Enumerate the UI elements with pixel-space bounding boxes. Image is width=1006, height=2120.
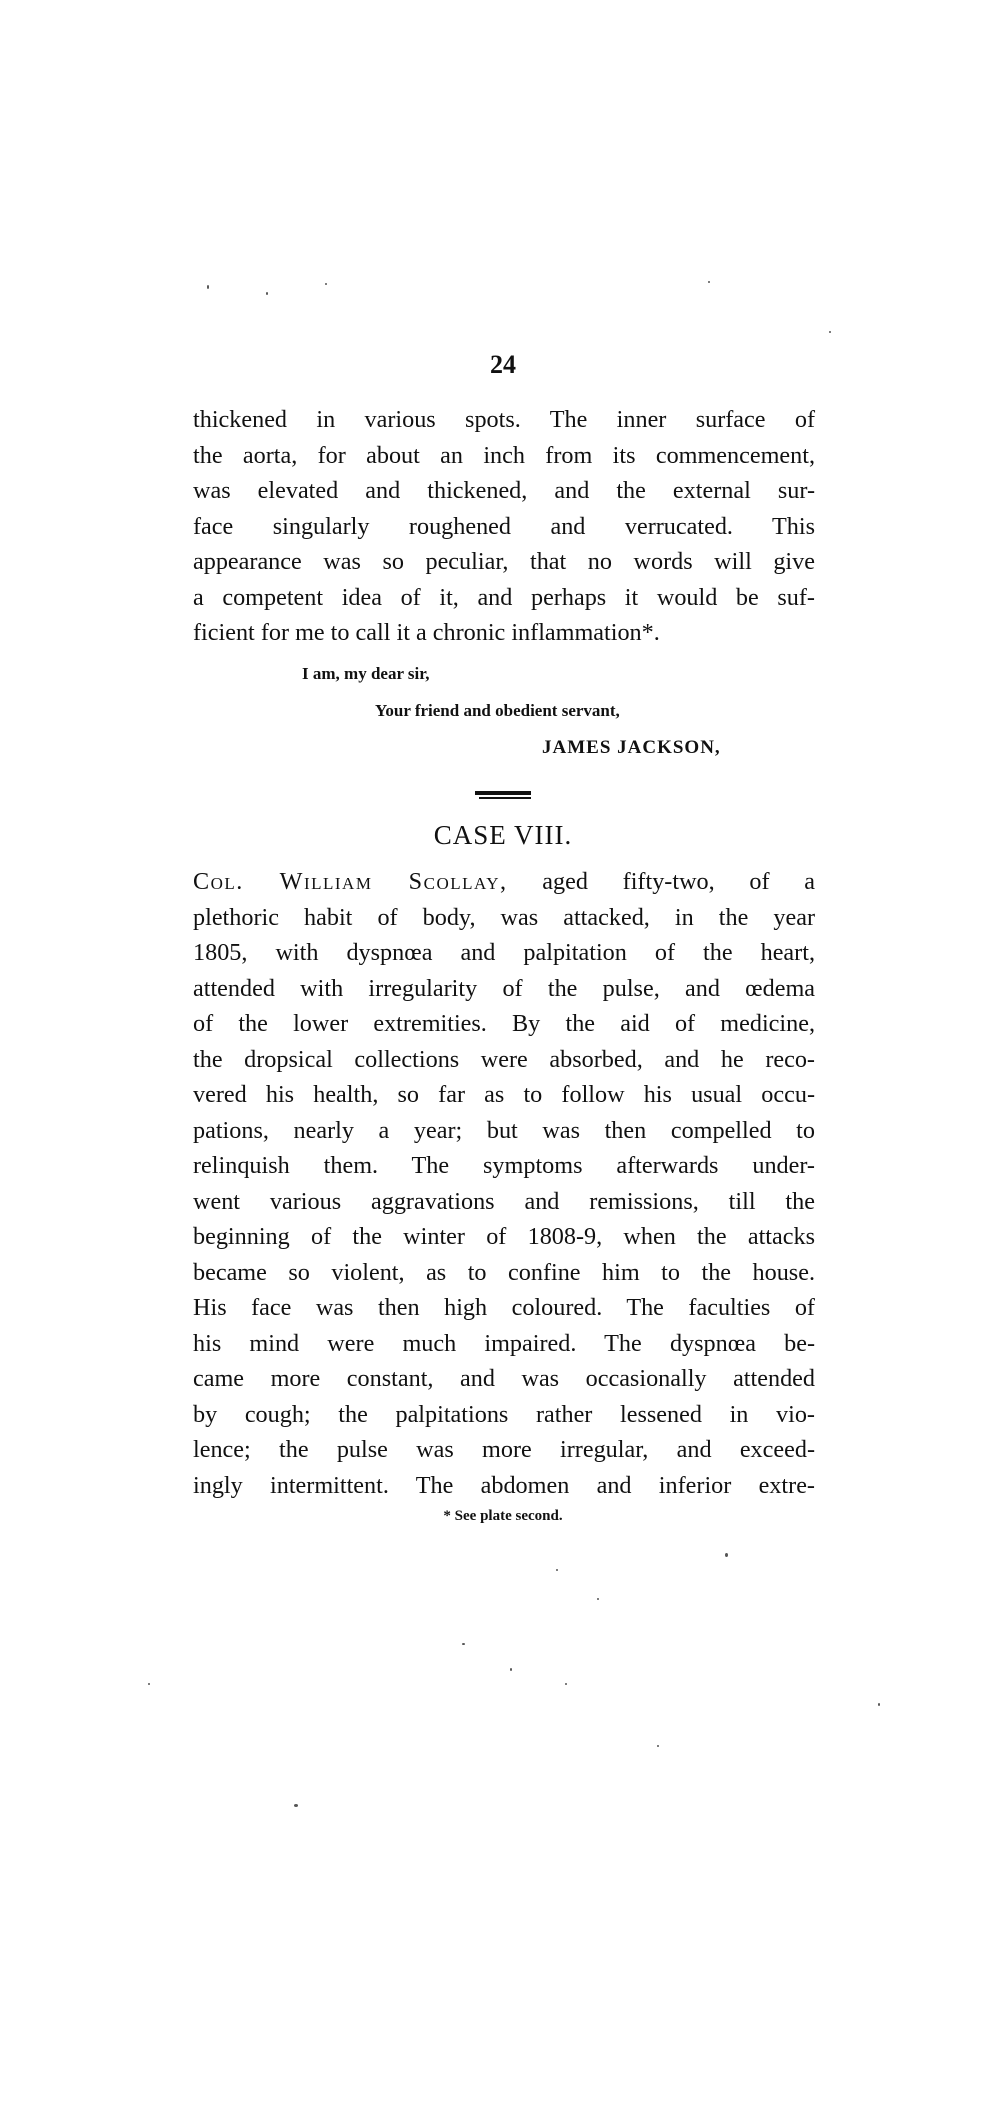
patient-name: Col. William Scollay,	[193, 868, 508, 895]
text-line: of the lower extremities. By the aid of …	[193, 1006, 815, 1042]
rule-thin-line	[479, 797, 531, 799]
page-number: 24	[0, 350, 1006, 380]
case-paragraph: Col. William Scollay, aged fifty-two, of…	[193, 864, 815, 1503]
letter-signature: JAMES JACKSON,	[542, 737, 721, 759]
scan-speck	[708, 281, 710, 283]
footnote: * See plate second.	[0, 1508, 1006, 1525]
scan-speck	[325, 283, 327, 285]
case-heading: CASE VIII.	[0, 820, 1006, 851]
text-line: pations, nearly a year; but was then com…	[193, 1113, 815, 1149]
text-line: beginning of the winter of 1808-9, when …	[193, 1219, 815, 1255]
text-line: lence; the pulse was more irregular, and…	[193, 1432, 815, 1468]
text-line: 1805, with dyspnœa and palpitation of th…	[193, 935, 815, 971]
letter-valediction: Your friend and obedient servant,	[375, 701, 620, 721]
scan-speck	[657, 1745, 659, 1747]
text-line: the aorta, for about an inch from its co…	[193, 438, 815, 474]
scan-speck	[148, 1683, 150, 1685]
scan-speck	[294, 1804, 298, 1807]
scan-speck	[462, 1643, 465, 1645]
scan-speck	[510, 1668, 512, 1671]
text-line-first: Col. William Scollay, aged fifty-two, of…	[193, 864, 815, 900]
text-fragment: aged fifty-two, of a	[508, 868, 815, 895]
text-line: ficient for me to call it a chronic infl…	[193, 615, 815, 651]
scan-speck	[207, 285, 209, 289]
text-line: relinquish them. The symptoms afterwards…	[193, 1148, 815, 1184]
scan-speck	[829, 331, 831, 333]
text-line: the dropsical collections were absorbed,…	[193, 1042, 815, 1078]
section-divider-rule	[475, 791, 531, 798]
text-line: appearance was so peculiar, that no word…	[193, 544, 815, 580]
letter-salutation: I am, my dear sir,	[302, 664, 430, 684]
text-line: His face was then high coloured. The fac…	[193, 1290, 815, 1326]
scan-speck	[878, 1703, 880, 1706]
text-line: came more constant, and was occasionally…	[193, 1361, 815, 1397]
text-line: by cough; the palpitations rather lessen…	[193, 1397, 815, 1433]
scan-speck	[266, 292, 268, 295]
text-line: a competent idea of it, and perhaps it w…	[193, 580, 815, 616]
scan-speck	[597, 1598, 599, 1600]
text-line: thickened in various spots. The inner su…	[193, 402, 815, 438]
text-line: went various aggravations and remissions…	[193, 1184, 815, 1220]
scan-speck	[556, 1569, 558, 1571]
text-line: vered his health, so far as to follow hi…	[193, 1077, 815, 1113]
text-line: became so violent, as to confine him to …	[193, 1255, 815, 1291]
text-line: ingly intermittent. The abdomen and infe…	[193, 1468, 815, 1504]
text-line: was elevated and thickened, and the exte…	[193, 473, 815, 509]
rule-thick-line	[475, 791, 531, 795]
scan-speck	[565, 1683, 567, 1685]
scan-speck	[725, 1553, 728, 1557]
paragraph-continuation: thickened in various spots. The inner su…	[193, 402, 815, 651]
text-line: his mind were much impaired. The dyspnœa…	[193, 1326, 815, 1362]
text-line: plethoric habit of body, was attacked, i…	[193, 900, 815, 936]
scanned-book-page: 24 thickened in various spots. The inner…	[0, 0, 1006, 2120]
text-line: attended with irregularity of the pulse,…	[193, 971, 815, 1007]
text-line: face singularly roughened and verrucated…	[193, 509, 815, 545]
